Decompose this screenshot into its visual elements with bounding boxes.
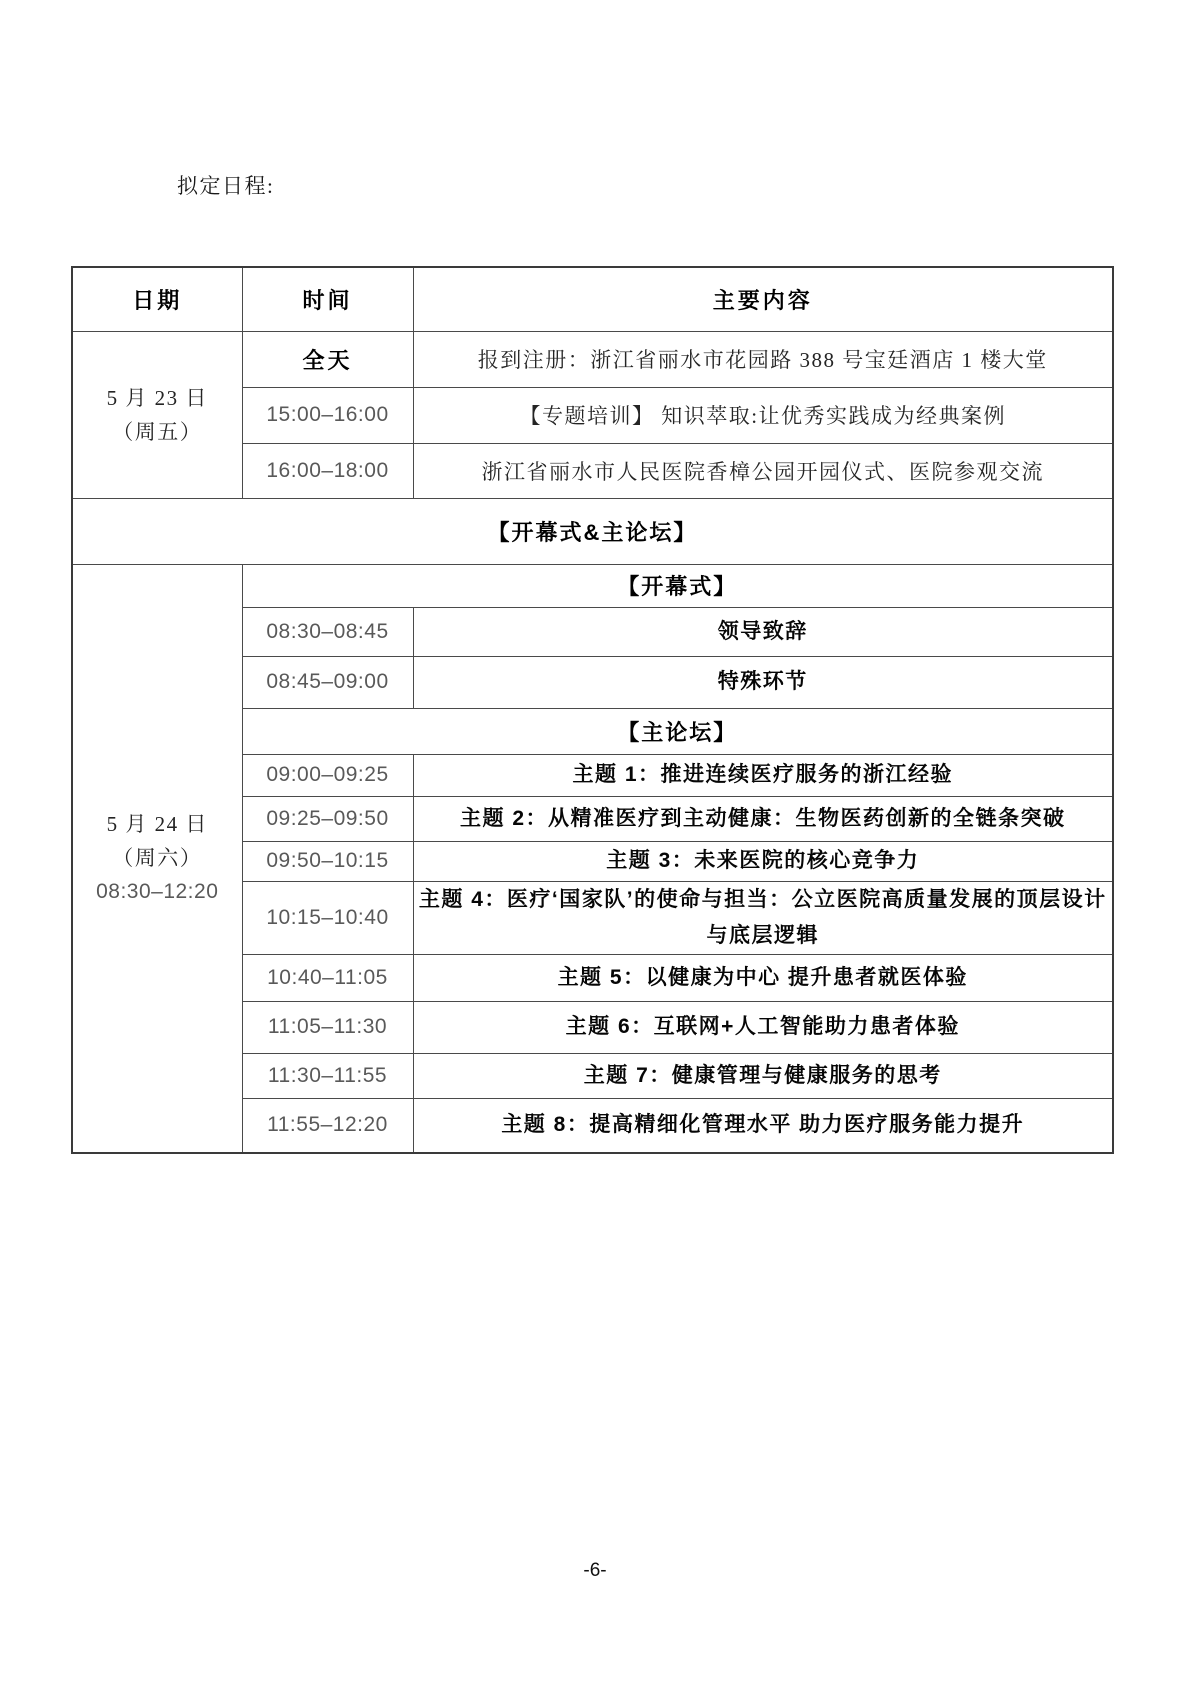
content-cell: 浙江省丽水市人民医院香樟公园开园仪式、医院参观交流 <box>413 443 1113 498</box>
date-cell-day1: 5 月 23 日 （周五） <box>72 331 242 498</box>
date-day2-time-range: 08:30–12:20 <box>73 875 242 909</box>
header-cell-content: 主要内容 <box>413 267 1113 331</box>
section-banner-row: 【开幕式&主论坛】 <box>72 498 1113 564</box>
time-cell: 11:30–11:55 <box>242 1053 413 1098</box>
time-cell: 08:45–09:00 <box>242 656 413 708</box>
time-cell: 09:25–09:50 <box>242 796 413 841</box>
date-day1-line1: 5 月 23 日 <box>73 381 242 415</box>
doc-intro-label: 拟定日程: <box>177 170 274 200</box>
content-cell: 报到注册：浙江省丽水市花园路 388 号宝廷酒店 1 楼大堂 <box>413 331 1113 387</box>
time-cell: 11:05–11:30 <box>242 1001 413 1053</box>
content-cell: 主题 4：医疗‘国家队’的使命与担当：公立医院高质量发展的顶层设计与底层逻辑 <box>413 881 1113 954</box>
schedule-table: 日期 时间 主要内容 5 月 23 日 （周五） 全天 报到注册：浙江省丽水市花… <box>71 266 1114 1154</box>
document-page: 拟定日程: 日期 时间 主要内容 5 月 23 日 （周五） 全天 报到注册：浙… <box>0 0 1190 1683</box>
time-cell: 15:00–16:00 <box>242 387 413 443</box>
content-cell: 主题 7：健康管理与健康服务的思考 <box>413 1053 1113 1098</box>
header-cell-date: 日期 <box>72 267 242 331</box>
table-header-row: 日期 时间 主要内容 <box>72 267 1113 331</box>
content-cell: 领导致辞 <box>413 607 1113 656</box>
time-cell: 08:30–08:45 <box>242 607 413 656</box>
date-day1-line2: （周五） <box>73 415 242 449</box>
date-day2-line2: （周六） <box>73 841 242 875</box>
time-cell: 全天 <box>242 331 413 387</box>
content-cell: 主题 8：提高精细化管理水平 助力医疗服务能力提升 <box>413 1098 1113 1153</box>
date-day2-line1: 5 月 24 日 <box>73 807 242 841</box>
time-cell: 09:50–10:15 <box>242 841 413 881</box>
content-cell: 主题 2：从精准医疗到主动健康：生物医药创新的全链条突破 <box>413 796 1113 841</box>
time-cell: 09:00–09:25 <box>242 754 413 796</box>
content-cell: 主题 6：互联网+人工智能助力患者体验 <box>413 1001 1113 1053</box>
content-cell: 主题 1：推进连续医疗服务的浙江经验 <box>413 754 1113 796</box>
time-cell: 10:40–11:05 <box>242 954 413 1001</box>
banner-opening-and-main-forum: 【开幕式&主论坛】 <box>72 498 1113 564</box>
header-cell-time: 时间 <box>242 267 413 331</box>
time-cell: 11:55–12:20 <box>242 1098 413 1153</box>
date-cell-day2: 5 月 24 日 （周六） 08:30–12:20 <box>72 564 242 1153</box>
content-cell: 【专题培训】 知识萃取:让优秀实践成为经典案例 <box>413 387 1113 443</box>
time-cell: 10:15–10:40 <box>242 881 413 954</box>
content-cell: 特殊环节 <box>413 656 1113 708</box>
content-cell: 主题 3：未来医院的核心竞争力 <box>413 841 1113 881</box>
content-cell: 主题 5：以健康为中心 提升患者就医体验 <box>413 954 1113 1001</box>
page-number: -6- <box>0 1560 1190 1582</box>
schedule-row: 5 月 23 日 （周五） 全天 报到注册：浙江省丽水市花园路 388 号宝廷酒… <box>72 331 1113 387</box>
banner-main-forum: 【主论坛】 <box>242 708 1113 754</box>
banner-opening-ceremony: 【开幕式】 <box>242 564 1113 607</box>
schedule-row: 5 月 24 日 （周六） 08:30–12:20 【开幕式】 <box>72 564 1113 607</box>
time-cell: 16:00–18:00 <box>242 443 413 498</box>
